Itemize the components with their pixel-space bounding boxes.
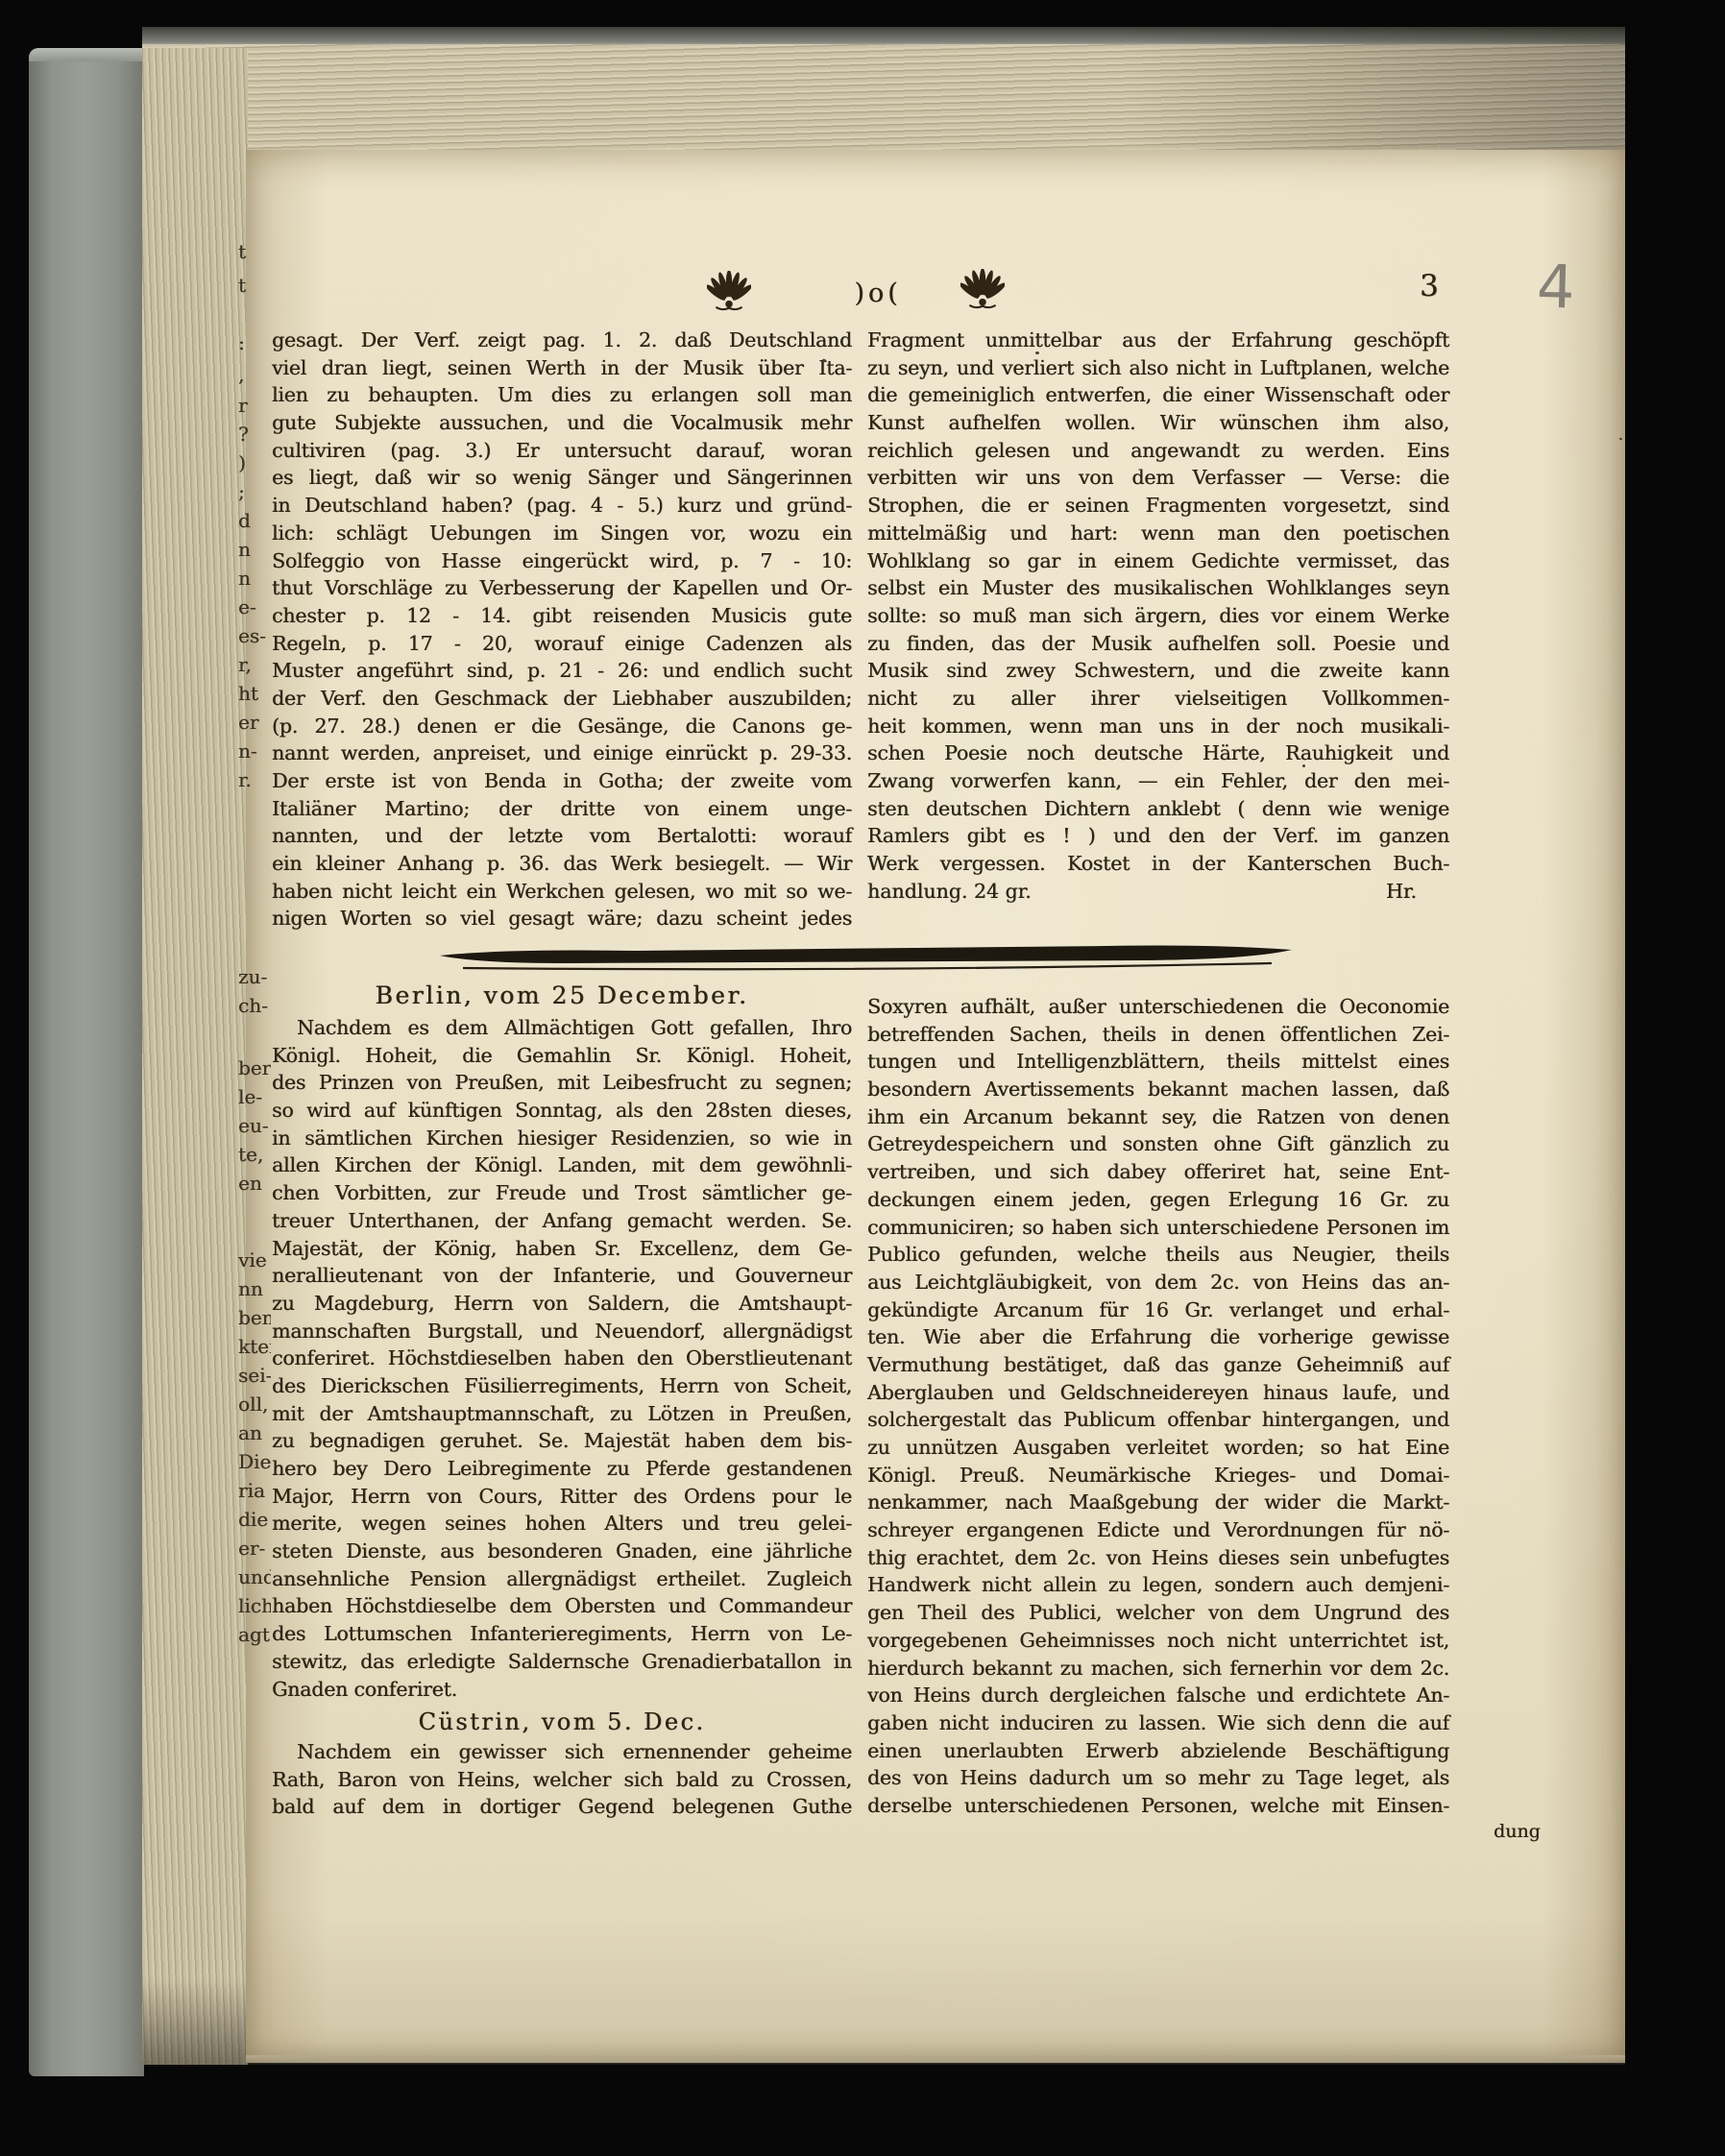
custrin-article-left: Nachdem ein gewisser sich ernennender ge… <box>272 1738 852 1821</box>
cutoff-text-fragment: Die <box>238 1450 271 1473</box>
text-line: hero bey Dero Leibregimente zu Pferde ge… <box>272 1455 852 1483</box>
text-line: lich: schlägt Uebungen im Singen vor, wo… <box>272 520 852 547</box>
cutoff-text-fragment: es- <box>238 624 271 647</box>
text-line: zu seyn, und verliert sich also nicht in… <box>867 354 1449 382</box>
text-line: treuer Unterthanen, der Anfang gemacht w… <box>272 1207 852 1235</box>
printed-page-number: 3 <box>1420 269 1439 303</box>
text-line: merite, wegen seines hohen Alters und tr… <box>272 1510 852 1538</box>
text-line: Ramlers gibt es ! ) und den der Verf. im… <box>867 822 1449 850</box>
text-line: in Deutschland haben? (pag. 4 - 5.) kurz… <box>272 492 852 520</box>
text-line: Strophen, die er seinen Fragmenten vorge… <box>867 492 1449 520</box>
text-line: nerallieutenant von der Infanterie, und … <box>272 1262 852 1290</box>
section-divider-rule <box>434 943 1299 972</box>
text-line: Muster angeführt sind, p. 21 - 26: und e… <box>272 657 852 685</box>
text-line: Italiäner Martino; der dritte von einem … <box>272 795 852 823</box>
text-line: solchergestalt das Publicum offenbar hin… <box>867 1406 1449 1434</box>
cutoff-text-fragment: n <box>238 538 271 561</box>
text-line: Kunst aufhelfen wollen. Wir wünschen ihm… <box>867 409 1449 437</box>
text-line: mittelmäßig und hart: wenn man den poeti… <box>867 520 1449 547</box>
cutoff-text-fragment: : <box>238 331 271 354</box>
custrin-article-continuation: Soxyren aufhält, außer unterschiedenen d… <box>867 993 1449 1820</box>
cutoff-text-fragment: zu- <box>238 965 271 988</box>
cutoff-text-fragment: t <box>238 274 271 297</box>
review-price-text: handlung. 24 gr. <box>867 878 1032 906</box>
cutoff-text-fragment: nn <box>238 1277 271 1300</box>
cutoff-text-fragment: die <box>238 1508 271 1531</box>
cutoff-text-fragment: , <box>238 363 271 386</box>
review-article-right: Fragment unmittelbar aus der Erfahrung g… <box>867 327 1449 878</box>
text-line: nannten, und der letzte vom Bertalotti: … <box>272 822 852 850</box>
cutoff-text-fragment: d <box>238 509 271 532</box>
text-line: zu unnützen Ausgaben verleitet worden; s… <box>867 1434 1449 1462</box>
text-line: schen Poesie noch deutsche Härte, Rauhig… <box>867 739 1449 767</box>
text-line: ansehnliche Pension allergnädigst erthei… <box>272 1565 852 1593</box>
cutoff-text-fragment: ) <box>238 451 271 474</box>
text-line: haben Höchstdieselbe dem Obersten und Co… <box>272 1592 852 1620</box>
text-line: Publico gefunden, welche theils aus Neug… <box>867 1241 1449 1269</box>
text-line: Fragment unmittelbar aus der Erfahrung g… <box>867 327 1449 354</box>
cutoff-text-fragment: er- <box>238 1537 271 1560</box>
cutoff-text-fragment: an <box>238 1421 271 1444</box>
text-line: haben nicht leicht ein Werkchen gelesen,… <box>272 878 852 906</box>
text-line: vorgegebenen Geheimnisses noch nicht unt… <box>867 1627 1449 1655</box>
cutoff-text-fragment: ch- <box>238 994 271 1017</box>
cutoff-text-fragment: ? <box>238 423 271 446</box>
newspaper-page: )o( 3 4 gesagt. Der Verf. zeigt pag. <box>246 150 1625 2063</box>
cutoff-text-fragment: lich <box>238 1594 271 1617</box>
shell-fleuron-icon <box>707 271 751 311</box>
header-signature-mark: )o( <box>820 279 935 308</box>
text-line: allen Kirchen der Königl. Landen, mit de… <box>272 1151 852 1179</box>
text-line: heit kommen, wenn man uns in der noch mu… <box>867 713 1449 740</box>
text-line: Rath, Baron von Heins, welcher sich bald… <box>272 1766 852 1794</box>
cutoff-text-fragment: er <box>238 711 271 734</box>
text-line: zu begnadigen geruhet. Se. Majestät habe… <box>272 1427 852 1455</box>
shell-fleuron-icon <box>960 269 1005 309</box>
review-article-last-line: handlung. 24 gr. Hr. <box>867 878 1449 906</box>
text-line: steten Dienste, aus besonderen Gnaden, e… <box>272 1538 852 1565</box>
text-line: des Lottumschen Infanterieregiments, Her… <box>272 1620 852 1648</box>
text-line: stewitz, das erledigte Saldernsche Grena… <box>272 1648 852 1676</box>
text-line: des Dierickschen Füsilierregiments, Herr… <box>272 1372 852 1400</box>
text-line: vertreiben, und sich dabey offeriret hat… <box>867 1158 1449 1186</box>
cutoff-text-fragment: ; <box>238 480 271 503</box>
text-line: Regeln, p. 17 - 20, worauf einige Cadenz… <box>272 630 852 658</box>
text-line: in sämtlichen Kirchen hiesiger Residenzi… <box>272 1125 852 1152</box>
text-line: einen unerlaubten Erwerb abzielende Besc… <box>867 1737 1449 1765</box>
text-line: hierdurch bekannt zu machen, sich ferner… <box>867 1655 1449 1683</box>
text-line: gesagt. Der Verf. zeigt pag. 1. 2. daß D… <box>272 327 852 354</box>
text-line: aus Leichtgläubigkeit, von dem 2c. von H… <box>867 1269 1449 1296</box>
cutoff-text-fragment: ht <box>238 682 271 705</box>
text-line: nigen Worten so viel gesagt wäre; dazu s… <box>272 905 852 933</box>
page-edges-top <box>142 27 1625 154</box>
cutoff-text-fragment: n <box>238 567 271 590</box>
text-line: chester p. 12 - 14. gibt reisenden Music… <box>272 602 852 630</box>
text-line: cultiviren (pag. 3.) Er untersucht darau… <box>272 437 852 465</box>
text-line: chen Vorbitten, zur Freude und Trost säm… <box>272 1179 852 1207</box>
text-line: so wird auf künftigen Sonntag, als den 2… <box>272 1097 852 1125</box>
text-line: ihm ein Arcanum bekannt sey, die Ratzen … <box>867 1103 1449 1131</box>
text-line: lien zu behaupten. Um dies zu erlangen s… <box>272 381 852 409</box>
text-line: verbitten wir uns von dem Verfasser — Ve… <box>867 464 1449 492</box>
text-line: nannt werden, anpreiset, und einige einr… <box>272 739 852 767</box>
text-line: des von Heins dadurch um so mehr zu Tage… <box>867 1764 1449 1792</box>
paper-speck <box>1619 438 1622 440</box>
text-line: besondern Avertissements bekannt machen … <box>867 1076 1449 1103</box>
cutoff-text-fragment: agt. <box>238 1623 271 1646</box>
text-line: Getreydespeichern und sonsten ohne Gift … <box>867 1130 1449 1158</box>
cutoff-text-fragment: te, <box>238 1143 271 1166</box>
text-line: Vermuthung bestätiget, daß das ganze Geh… <box>867 1351 1449 1379</box>
text-line: der Verf. den Geschmack der Liebhaber au… <box>272 685 852 713</box>
berlin-section-heading: Berlin, vom 25 December. <box>272 981 852 1010</box>
text-line: Solfeggio von Hasse eingerückt wird, p. … <box>272 547 852 575</box>
text-line: mit der Amtshauptmannschaft, zu Lötzen i… <box>272 1400 852 1428</box>
cutoff-text-fragment: sei- <box>238 1364 271 1387</box>
text-line: Werk vergessen. Kostet in der Kantersche… <box>867 850 1449 878</box>
text-line: Gnaden conferiret. <box>272 1676 852 1704</box>
text-line: thig erachtet, dem 2c. von Heins dieses … <box>867 1544 1449 1572</box>
cutoff-text-fragment: ber <box>238 1056 271 1079</box>
cutoff-text-fragment: oll, <box>238 1393 271 1416</box>
text-line: viel dran liegt, seinen Werth in der Mus… <box>272 354 852 382</box>
text-line: gaben nicht induciren zu lassen. Wie sic… <box>867 1709 1449 1737</box>
text-line: bald auf dem in dortiger Gegend belegene… <box>272 1793 852 1821</box>
cutoff-text-fragment: vie <box>238 1248 271 1272</box>
cutoff-text-fragment: le- <box>238 1085 271 1108</box>
text-line: (p. 27. 28.) denen er die Gesänge, die C… <box>272 713 852 740</box>
text-line: gen Theil des Publici, welcher von dem U… <box>867 1599 1449 1627</box>
text-line: Musik sind zwey Schwestern, und die zwei… <box>867 657 1449 685</box>
cutoff-text-fragment: e- <box>238 595 271 618</box>
text-line: reichlich gelesen und angewandt zu werde… <box>867 437 1449 465</box>
review-article-left: gesagt. Der Verf. zeigt pag. 1. 2. daß D… <box>272 327 852 933</box>
text-line: conferiret. Höchstdieselben haben den Ob… <box>272 1344 852 1372</box>
text-line: ten. Wie aber die Erfahrung die vorherig… <box>867 1323 1449 1351</box>
text-line: communiciren; so haben sich unterschiede… <box>867 1214 1449 1242</box>
text-line: mannschaften Burgstall, und Neuendorf, a… <box>272 1318 852 1345</box>
book-scan: )o( 3 4 gesagt. Der Verf. zeigt pag. <box>0 0 1725 2156</box>
margin-fragments: tt:,r?);dnne-es-r,htern-r.zu-ch-berle-eu… <box>238 0 273 2156</box>
text-line: Der erste ist von Benda in Gotha; der zw… <box>272 767 852 795</box>
cutoff-text-fragment: r, <box>238 653 271 676</box>
cutoff-text-fragment: ben <box>238 1306 271 1329</box>
paper-speck <box>1035 351 1039 354</box>
text-line: gute Subjekte aussuchen, und die Vocalmu… <box>272 409 852 437</box>
text-line: nenkammer, nach Maaßgebung der wider die… <box>867 1489 1449 1516</box>
text-line: gekündigte Arcanum für 16 Gr. verlanget … <box>867 1296 1449 1324</box>
text-line: nicht zu aller ihrer vielseitigen Vollko… <box>867 685 1449 713</box>
text-line: selbst ein Muster des musikalischen Wohl… <box>867 574 1449 602</box>
catchword: dung <box>1494 1821 1541 1842</box>
custrin-section-heading: Cüstrin, vom 5. Dec. <box>272 1708 852 1736</box>
cutoff-text-fragment: t <box>238 240 271 263</box>
berlin-article-left: Nachdem es dem Allmächtigen Gott gefalle… <box>272 1014 852 1703</box>
text-line: Nachdem es dem Allmächtigen Gott gefalle… <box>272 1014 852 1042</box>
text-line: deckungen einem jeden, gegen Erlegung 16… <box>867 1186 1449 1214</box>
cutoff-text-fragment: kter <box>238 1335 271 1358</box>
reviewer-initials: Hr. <box>1386 878 1449 906</box>
cutoff-text-fragment: en <box>238 1172 271 1195</box>
text-line: Handwerk nicht allein zu legen, sondern … <box>867 1571 1449 1599</box>
text-line: Zwang vorwerfen kann, — ein Fehler, der … <box>867 767 1449 795</box>
handwritten-page-number: 4 <box>1536 251 1575 322</box>
cutoff-text-fragment: und <box>238 1565 271 1588</box>
text-line: von Heins durch dergleichen falsche und … <box>867 1682 1449 1709</box>
cutoff-text-fragment: ria <box>238 1479 271 1502</box>
paper-speck <box>649 1610 652 1612</box>
text-line: zu Magdeburg, Herrn von Saldern, die Amt… <box>272 1290 852 1318</box>
cutoff-text-fragment: r. <box>238 768 271 791</box>
text-line: ein kleiner Anhang p. 36. das Werk besie… <box>272 850 852 878</box>
book-cover <box>29 48 144 2076</box>
text-line: schreyer ergangenen Edicte und Verordnun… <box>867 1516 1449 1544</box>
text-line: tungen und Intelligenzblättern, theils m… <box>867 1048 1449 1076</box>
text-line: Soxyren aufhält, außer unterschiedenen d… <box>867 993 1449 1021</box>
text-line: betreffenden Sachen, theils in denen öff… <box>867 1021 1449 1049</box>
text-line: des Prinzen von Preußen, mit Leibesfruch… <box>272 1069 852 1097</box>
text-line: die gemeiniglich entwerfen, die einer Wi… <box>867 381 1449 409</box>
text-line: Nachdem ein gewisser sich ernennender ge… <box>272 1738 852 1766</box>
cutoff-text-fragment: r <box>238 394 271 417</box>
text-line: Majestät, der König, haben Sr. Excellenz… <box>272 1235 852 1263</box>
text-line: sollte: so muß man sich ärgern, dies vor… <box>867 602 1449 630</box>
text-line: es liegt, daß wir so wenig Sänger und Sä… <box>272 464 852 492</box>
cutoff-text-fragment: n- <box>238 739 271 763</box>
text-line: Aberglauben und Geldschneidereyen hinaus… <box>867 1379 1449 1407</box>
cutoff-text-fragment: eu- <box>238 1114 271 1137</box>
text-line: sten deutschen Dichtern anklebt ( denn w… <box>867 795 1449 823</box>
paper-speck <box>1302 764 1305 767</box>
text-line: zu finden, das der Musik aufhelfen soll.… <box>867 630 1449 658</box>
text-line: Königl. Hoheit, die Gemahlin Sr. Königl.… <box>272 1042 852 1070</box>
text-line: Wohlklang so gar in einem Gedichte vermi… <box>867 547 1449 575</box>
page-edges-left <box>142 48 248 2065</box>
text-line: derselbe unterschiedenen Personen, welch… <box>867 1792 1449 1820</box>
text-line: Königl. Preuß. Neumärkische Krieges- und… <box>867 1462 1449 1490</box>
text-line: thut Vorschläge zu Verbesserung der Kape… <box>272 574 852 602</box>
text-line: Major, Herrn von Cours, Ritter des Orden… <box>272 1483 852 1511</box>
